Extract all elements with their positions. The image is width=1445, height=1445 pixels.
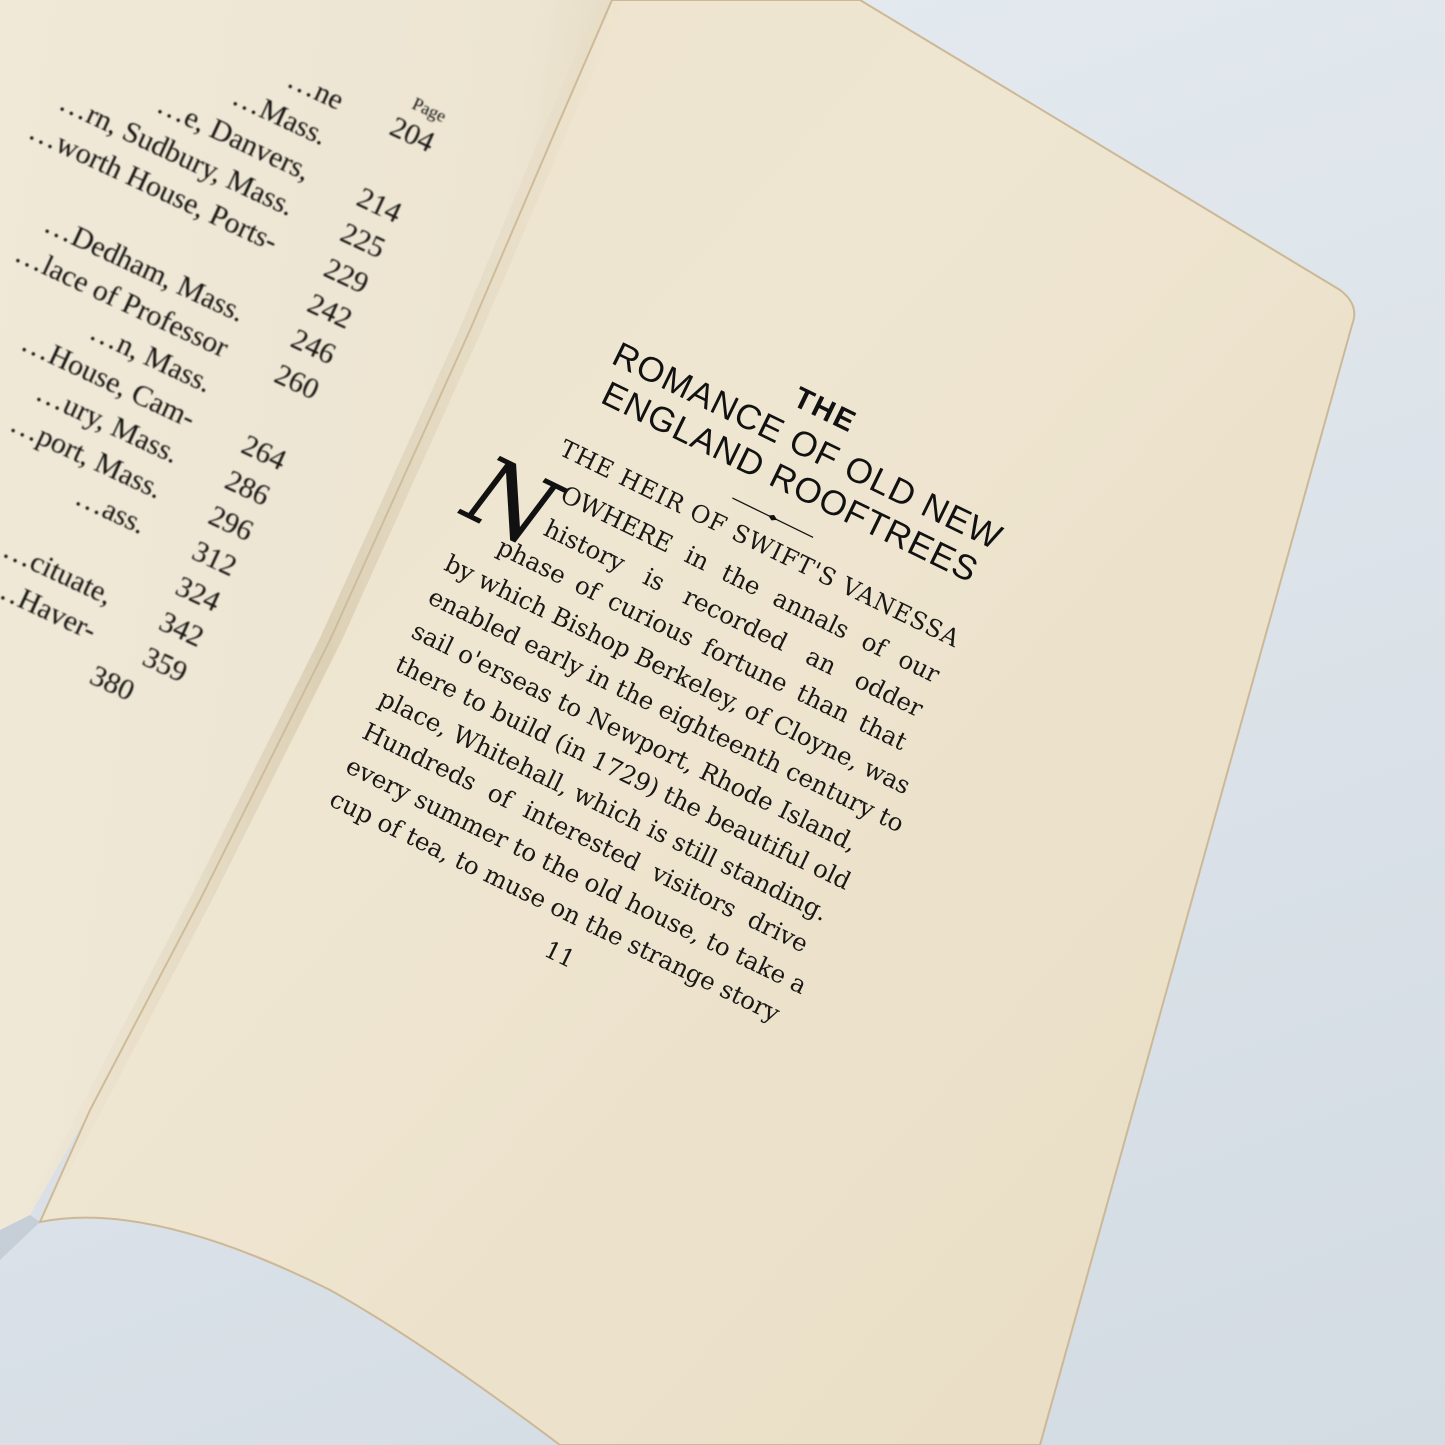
book-photo: Page …ne204 …Mass. …e, Danvers,214 …rn, …	[0, 0, 1445, 1445]
